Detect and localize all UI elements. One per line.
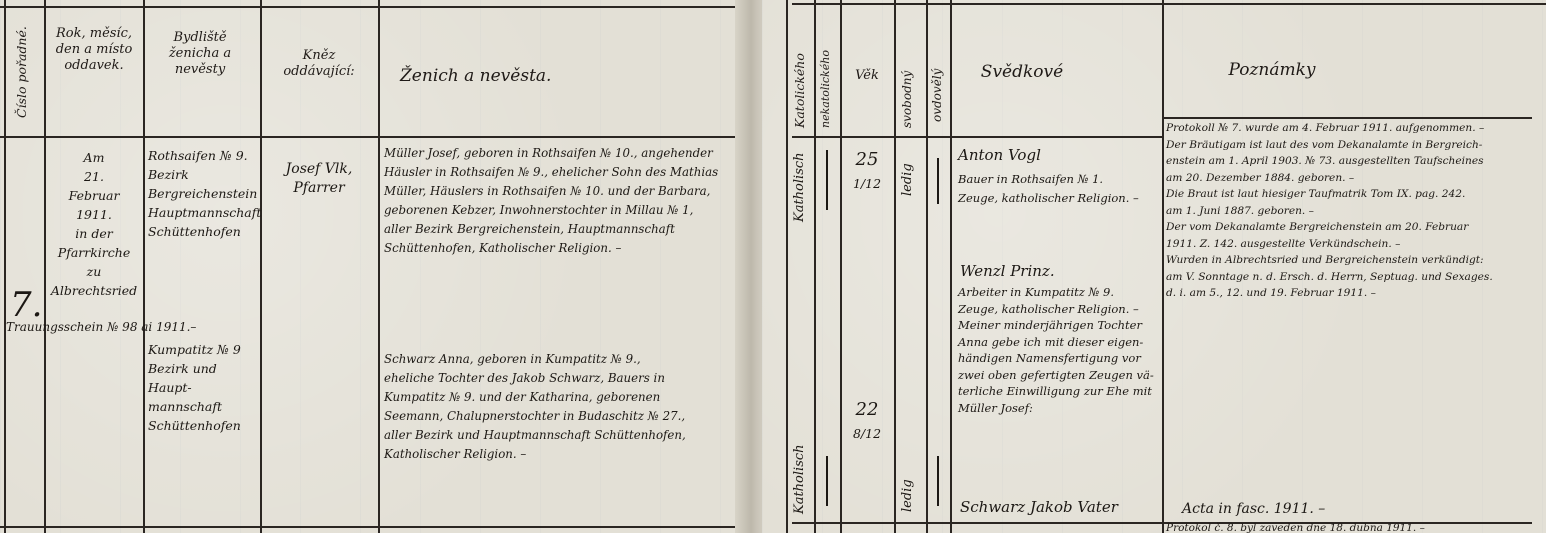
header-catholic: Katolického [792,53,807,128]
bride-widowed-dash [937,456,939,506]
groom-residence: Rothsaifen № 9. Bezirk Bergreichenstein … [148,146,260,241]
col-divider [1162,0,1164,533]
groom-age: 25 [842,150,892,169]
father-signature: Schwarz Jakob Vater [960,498,1118,517]
col-divider [786,0,788,533]
next-entry-partial: Protokol č. 8. byl zaveden dne 18. dubna… [1166,522,1425,533]
header-number: Číslo pořadné. [14,26,29,118]
col-divider [926,0,928,533]
top-border [0,6,740,8]
priest-name: Josef Vlk, Pfarrer [262,160,376,198]
header-residence: Bydliště ženicha a nevěsty [150,30,250,78]
groom-description: Müller Josef, geboren in Rothsaifen № 10… [384,144,734,258]
groom-age-fraction: 1/12 [842,174,892,193]
header-couple: Ženich a nevěsta. [400,68,600,84]
bride-single: ledig [900,479,915,512]
header-noncatholic: nekatolického [819,50,832,128]
col-divider [894,0,896,533]
witness2-text: Arbeiter in Kumpatitz № 9. Zeuge, kathol… [958,284,1162,416]
header-divider [792,136,1162,138]
col-divider [814,0,816,533]
witness2-signature: Wenzl Prinz. [960,262,1055,281]
header-age: Věk [842,68,892,84]
header-priest: Kněz oddávající: [262,48,376,80]
trauungsschein: Trauungsschein № 98 ai 1911.– [6,318,256,337]
groom-single: ledig [900,163,915,196]
header-date-place: Rok, měsíc, den a místo oddavek. [46,26,142,74]
witness1-signature: Anton Vogl [958,146,1041,165]
entry-date-place: Am 21. Februar 1911. in der Pfarrkirche … [46,148,142,300]
bride-description: Schwarz Anna, geboren in Kumpatitz № 9.,… [384,350,734,464]
entry-bottom-border [0,526,740,528]
acta-note: Acta in fasc. 1911. – [1182,500,1325,519]
header-notes: Poznámky [1212,62,1332,78]
col-divider [143,0,145,533]
col-divider [950,0,952,533]
groom-noncatholic-dash [826,150,828,210]
bride-residence: Kumpatitz № 9 Bezirk und Haupt- mannscha… [148,340,260,435]
groom-widowed-dash [937,158,939,204]
notes-header-divider [1162,117,1532,119]
bride-age: 22 [842,400,892,419]
header-single: svobodný [900,71,914,128]
bride-religion: Katholisch [792,444,807,514]
header-divider [0,136,740,138]
col-divider [378,0,380,533]
header-widowed: ovdovělý [930,69,944,122]
witness1-text: Bauer in Rothsaifen № 1. Zeuge, katholis… [958,170,1162,208]
top-border [792,3,1546,5]
groom-religion: Katholisch [792,152,807,222]
col-divider [4,0,6,533]
header-witnesses: Svědkové [962,64,1082,80]
notes-text: Protokoll № 7. wurde am 4. Februar 1911.… [1166,120,1546,302]
left-page: Číslo pořadné. Rok, měsíc, den a místo o… [0,0,752,533]
bride-noncatholic-dash [826,456,828,506]
bride-age-fraction: 8/12 [842,424,892,443]
right-page: Katolického nekatolického Věk svobodný o… [762,0,1546,533]
